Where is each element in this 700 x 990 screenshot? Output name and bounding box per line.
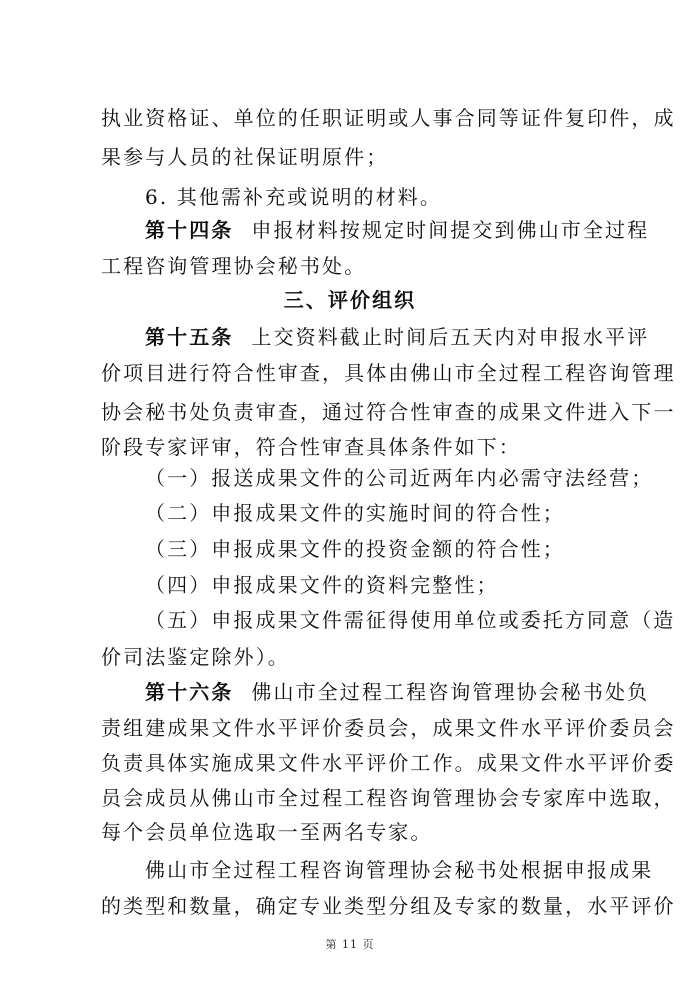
article-14: 第十四条申报材料按规定时间提交到佛山市全过程 <box>145 218 593 242</box>
condition-item-2: （二）申报成果文件的实施时间的符合性； <box>145 501 593 525</box>
paragraph-line: 的类型和数量，确定专业类型分组及专家的数量，水平评价 <box>101 894 593 918</box>
document-page: 执业资格证、单位的任职证明或人事合同等证件复印件，成 果参与人员的社保证明原件；… <box>0 0 700 990</box>
paragraph-line: 协会秘书处负责审查，通过符合性审查的成果文件进入下一 <box>101 400 593 424</box>
paragraph-line: 执业资格证、单位的任职证明或人事合同等证件复印件，成 <box>101 106 593 130</box>
page-number: 第 11 页 <box>0 938 700 952</box>
condition-item-3: （三）申报成果文件的投资金额的符合性； <box>145 537 593 561</box>
list-item-6: 6. 其他需补充或说明的材料。 <box>145 185 593 209</box>
article-16: 第十六条佛山市全过程工程咨询管理协会秘书处负 <box>145 680 593 704</box>
article-text: 上交资料截止时间后五天内对申报水平评 <box>251 325 649 349</box>
paragraph-line: 工程咨询管理协会秘书处。 <box>101 254 593 278</box>
article-15: 第十五条上交资料截止时间后五天内对申报水平评 <box>145 325 593 349</box>
paragraph-line: 佛山市全过程工程咨询管理协会秘书处根据申报成果 <box>145 858 593 882</box>
condition-item-4: （四）申报成果文件的资料完整性； <box>145 573 593 597</box>
paragraph-line: 价项目进行符合性审查，具体由佛山市全过程工程咨询管理 <box>101 361 593 385</box>
article-text: 申报材料按规定时间提交到佛山市全过程 <box>251 218 649 242</box>
article-number: 第十四条 <box>145 218 233 242</box>
paragraph-line: 阶段专家评审，符合性审查具体条件如下： <box>101 435 593 459</box>
paragraph-line: 每个会员单位选取一至两名专家。 <box>101 820 593 844</box>
paragraph-line: 价司法鉴定除外）。 <box>101 645 593 669</box>
paragraph-line: 员会成员从佛山市全过程工程咨询管理协会专家库中选取， <box>101 786 593 810</box>
condition-item-5: （五）申报成果文件需征得使用单位或委托方同意（造 <box>145 608 593 632</box>
condition-item-1: （一）报送成果文件的公司近两年内必需守法经营； <box>145 466 593 490</box>
section-heading: 三、评价组织 <box>0 288 700 312</box>
paragraph-line: 负责具体实施成果文件水平评价工作。成果文件水平评价委 <box>101 751 593 775</box>
article-number: 第十五条 <box>145 325 233 349</box>
paragraph-line: 果参与人员的社保证明原件； <box>101 145 593 169</box>
paragraph-line: 责组建成果文件水平评价委员会，成果文件水平评价委员会 <box>101 716 593 740</box>
article-text: 佛山市全过程工程咨询管理协会秘书处负 <box>251 680 649 704</box>
article-number: 第十六条 <box>145 680 233 704</box>
